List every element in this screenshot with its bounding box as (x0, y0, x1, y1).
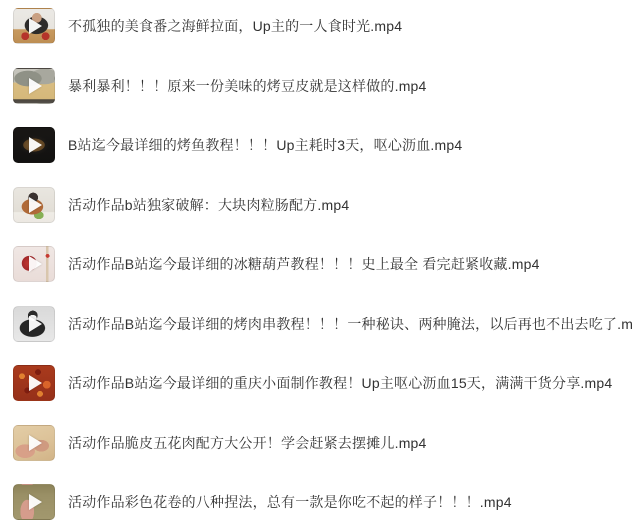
video-list-item[interactable]: 活动作品脆皮五花肉配方大公开！学会赶紧去摆摊儿.mp4 (13, 425, 633, 461)
play-icon (29, 494, 42, 510)
video-list: 不孤独的美食番之海鲜拉面，Up主的一人食时光.mp4 暴利暴利！！！原来一份美味… (0, 0, 633, 520)
video-list-item[interactable]: 不孤独的美食番之海鲜拉面，Up主的一人食时光.mp4 (13, 8, 633, 44)
play-icon (29, 316, 42, 332)
video-title[interactable]: 暴利暴利！！！原来一份美味的烤豆皮就是这样做的.mp4 (68, 76, 427, 96)
video-title[interactable]: 活动作品B站迄今最详细的重庆小面制作教程！Up主呕心沥血15天，满满干货分享.m… (68, 373, 612, 393)
video-title[interactable]: 不孤独的美食番之海鲜拉面，Up主的一人食时光.mp4 (68, 16, 402, 36)
video-list-item[interactable]: 活动作品B站迄今最详细的烤肉串教程！！！一种秘诀、两种腌法，以后再也不出去吃了.… (13, 306, 633, 342)
video-title[interactable]: 活动作品脆皮五花肉配方大公开！学会赶紧去摆摊儿.mp4 (68, 433, 427, 453)
video-thumbnail[interactable] (13, 484, 55, 520)
video-title[interactable]: B站迄今最详细的烤鱼教程！！！Up主耗时3天，呕心沥血.mp4 (68, 135, 462, 155)
video-list-item[interactable]: 活动作品B站迄今最详细的冰糖葫芦教程！！！史上最全 看完赶紧收藏.mp4 (13, 246, 633, 282)
video-thumbnail[interactable] (13, 425, 55, 461)
play-icon (29, 256, 42, 272)
video-title[interactable]: 活动作品B站迄今最详细的冰糖葫芦教程！！！史上最全 看完赶紧收藏.mp4 (68, 254, 540, 274)
play-icon (29, 18, 42, 34)
video-thumbnail[interactable] (13, 187, 55, 223)
video-list-item[interactable]: B站迄今最详细的烤鱼教程！！！Up主耗时3天，呕心沥血.mp4 (13, 127, 633, 163)
video-title[interactable]: 活动作品B站迄今最详细的烤肉串教程！！！一种秘诀、两种腌法，以后再也不出去吃了.… (68, 314, 633, 334)
video-thumbnail[interactable] (13, 365, 55, 401)
video-list-item[interactable]: 活动作品b站独家破解：大块肉粒肠配方.mp4 (13, 187, 633, 223)
video-thumbnail[interactable] (13, 8, 55, 44)
video-thumbnail[interactable] (13, 306, 55, 342)
play-icon (29, 375, 42, 391)
play-icon (29, 435, 42, 451)
video-list-item[interactable]: 活动作品B站迄今最详细的重庆小面制作教程！Up主呕心沥血15天，满满干货分享.m… (13, 365, 633, 401)
video-title[interactable]: 活动作品b站独家破解：大块肉粒肠配方.mp4 (68, 195, 349, 215)
video-thumbnail[interactable] (13, 127, 55, 163)
video-title[interactable]: 活动作品彩色花卷的八种捏法，总有一款是你吃不起的样子！！！.mp4 (68, 492, 512, 512)
play-icon (29, 197, 42, 213)
video-thumbnail[interactable] (13, 68, 55, 104)
video-list-item[interactable]: 活动作品彩色花卷的八种捏法，总有一款是你吃不起的样子！！！.mp4 (13, 484, 633, 520)
play-icon (29, 78, 42, 94)
video-thumbnail[interactable] (13, 246, 55, 282)
video-list-item[interactable]: 暴利暴利！！！原来一份美味的烤豆皮就是这样做的.mp4 (13, 68, 633, 104)
play-icon (29, 137, 42, 153)
